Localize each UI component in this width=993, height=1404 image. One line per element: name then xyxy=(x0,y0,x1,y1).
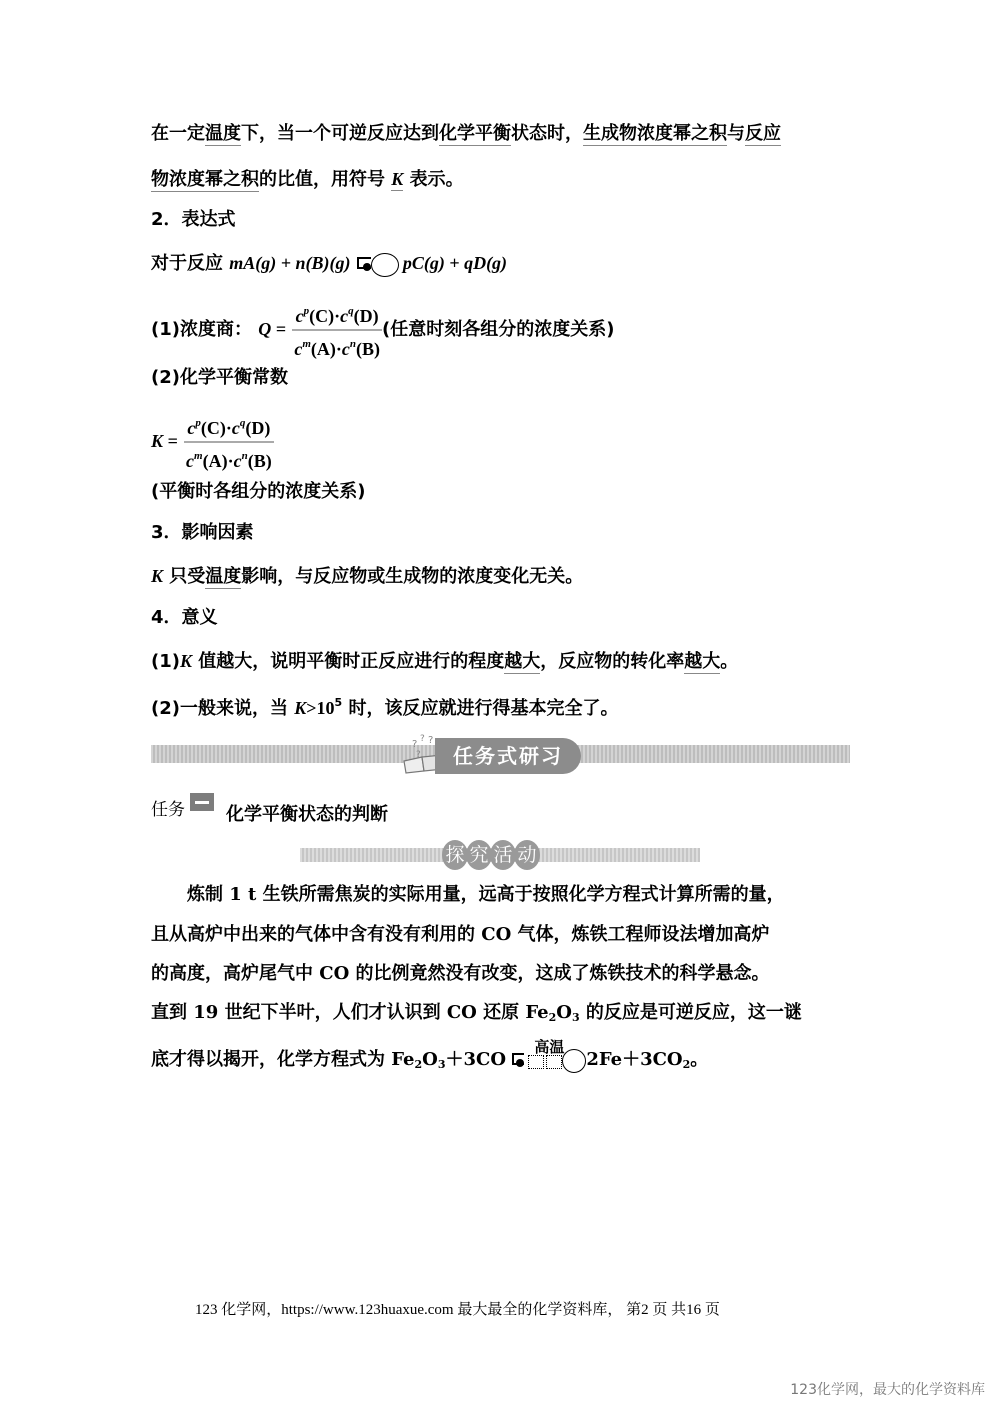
symbol-k: K xyxy=(294,698,306,718)
k-expression: K = cp(C)·cq(D) cm(A)·cn(B) xyxy=(151,412,274,472)
reversible-arrow-icon xyxy=(357,253,403,275)
passage-line-5: 底才得以揭开，化学方程式为 Fe2O3＋3CO 高温2Fe＋3CO2。 xyxy=(151,1048,708,1077)
activity-char: 动 xyxy=(514,840,540,870)
q-symbol: Q = xyxy=(258,319,286,339)
k-fraction: cp(C)·cq(D) cm(A)·cn(B) xyxy=(184,412,274,472)
section-banner-title: 任务式研习 xyxy=(435,738,581,774)
text: O xyxy=(422,1049,438,1070)
text: (2)一般来说，当 xyxy=(151,698,294,719)
section-4-item-1: (1)K 值越大，说明平衡时正反应进行的程度越大，反应物的转化率越大。 xyxy=(151,649,738,674)
section-4-item-2: (2)一般来说，当 K>105 时，该反应就进行得基本完全了。 xyxy=(151,691,618,721)
text: (1) xyxy=(151,651,180,672)
symbol-k: K xyxy=(180,651,192,671)
underlined-term: 物浓度幂之积 xyxy=(151,169,259,192)
svg-text:?: ? xyxy=(416,750,421,760)
underlined-term: 温度 xyxy=(205,123,241,146)
q-label: (1)浓度商： xyxy=(151,319,252,340)
passage-line-4: 直到 19 世纪下半叶，人们才认识到 CO 还原 Fe2O3 的反应是可逆反应，… xyxy=(151,1001,802,1030)
reaction-right: pC(g) + qD(g) xyxy=(403,253,507,273)
quotient-line: (1)浓度商： Q = cp(C)·cq(D) cm(A)·cn(B) (任意时… xyxy=(151,300,614,360)
subscript: 3 xyxy=(572,1011,580,1024)
text: 2Fe＋3CO xyxy=(586,1049,682,1070)
section-2-heading: 2．表达式 xyxy=(151,208,236,232)
passage-line-1: 炼制 1 t 生铁所需焦炭的实际用量，远高于按照化学方程式计算所需的量， xyxy=(151,883,785,907)
watermark: 123化学网，最大的化学资料库 xyxy=(790,1379,985,1399)
text: 状态时， xyxy=(511,123,583,144)
definition-line-2: 物浓度幂之积的比值，用符号 K 表示。 xyxy=(151,167,464,192)
text: 底才得以揭开，化学方程式为 Fe xyxy=(151,1049,415,1070)
text: 时，该反应就进行得基本完全了。 xyxy=(342,698,618,719)
text: ＋3CO xyxy=(446,1049,513,1070)
section-3-heading: 3．影响因素 xyxy=(151,521,254,545)
task-number-badge xyxy=(190,793,214,811)
svg-text:?: ? xyxy=(420,734,425,744)
text: 只受 xyxy=(163,566,205,587)
q-note: (任意时刻各组分的浓度关系) xyxy=(382,319,614,340)
activity-char: 探 xyxy=(442,840,468,870)
svg-text:?: ? xyxy=(412,739,417,750)
passage-line-2: 且从高炉中出来的气体中含有没有利用的 CO 气体，炼铁工程师设法增加高炉 xyxy=(151,923,770,947)
task-title: 化学平衡状态的判断 xyxy=(226,800,388,826)
text: 的反应是可逆反应，这一谜 xyxy=(580,1002,802,1023)
numerator: cp(C)·cq(D) xyxy=(184,412,274,439)
reaction-equation: 对于反应 mA(g) + n(B)(g) pC(g) + qD(g) xyxy=(151,251,507,276)
text: 影响，与反应物或生成物的浓度变化无关。 xyxy=(241,566,583,587)
text: 值越大，说明平衡时正反应进行的程度 xyxy=(192,651,504,672)
comparison: >10 xyxy=(306,698,334,718)
text: O xyxy=(556,1002,572,1023)
activity-banner-title: 探 究 活 动 xyxy=(442,840,538,870)
reversible-arrow-high-temp-icon: 高温 xyxy=(512,1049,586,1071)
q-fraction: cp(C)·cq(D) cm(A)·cn(B) xyxy=(292,300,382,360)
denominator: cm(A)·cn(B) xyxy=(184,445,274,472)
k-note: (平衡时各组分的浓度关系) xyxy=(151,480,365,504)
underlined-term: 越大 xyxy=(504,651,540,674)
k-symbol: K = xyxy=(151,431,178,451)
text: 。 xyxy=(690,1049,708,1070)
activity-char: 究 xyxy=(466,840,492,870)
underlined-term: 越大 xyxy=(684,651,720,674)
page-footer: 123 化学网，https://www.123huaxue.com 最大最全的化… xyxy=(195,1298,720,1319)
subscript: 3 xyxy=(438,1058,446,1071)
section-4-heading: 4．意义 xyxy=(151,606,218,630)
passage-line-3: 的高度，高炉尾气中 CO 的比例竟然没有改变，这成了炼铁技术的科学悬念。 xyxy=(151,962,770,986)
text: 在一定 xyxy=(151,123,205,144)
underlined-term: 反应 xyxy=(745,123,781,146)
text: 直到 19 世纪下半叶，人们才认识到 CO 还原 Fe xyxy=(151,1002,549,1023)
task-label: 任务 xyxy=(151,795,185,820)
text: 与 xyxy=(727,123,745,144)
text: ，反应物的转化率 xyxy=(540,651,684,672)
symbol-k: K xyxy=(391,169,403,191)
numerator: cp(C)·cq(D) xyxy=(292,300,382,327)
underlined-term: 化学平衡 xyxy=(439,123,511,146)
underlined-term: 温度 xyxy=(205,566,241,589)
symbol-k: K xyxy=(151,566,163,586)
svg-text:?: ? xyxy=(428,735,433,746)
text: 。 xyxy=(720,651,738,672)
definition-line-1: 在一定温度下，当一个可逆反应达到化学平衡状态时，生成物浓度幂之积与反应 xyxy=(151,122,781,146)
text: 的比值，用符号 xyxy=(259,169,391,190)
text: 表示。 xyxy=(403,169,463,190)
section-3-text: K 只受温度影响，与反应物或生成物的浓度变化无关。 xyxy=(151,564,583,589)
underlined-term: 生成物浓度幂之积 xyxy=(583,123,727,146)
denominator: cm(A)·cn(B) xyxy=(292,333,382,360)
activity-char: 活 xyxy=(490,840,516,870)
k-label: (2)化学平衡常数 xyxy=(151,366,288,390)
text: 下，当一个可逆反应达到 xyxy=(241,123,439,144)
reaction-left: mA(g) + n(B)(g) xyxy=(229,253,350,273)
text: 对于反应 xyxy=(151,253,229,274)
